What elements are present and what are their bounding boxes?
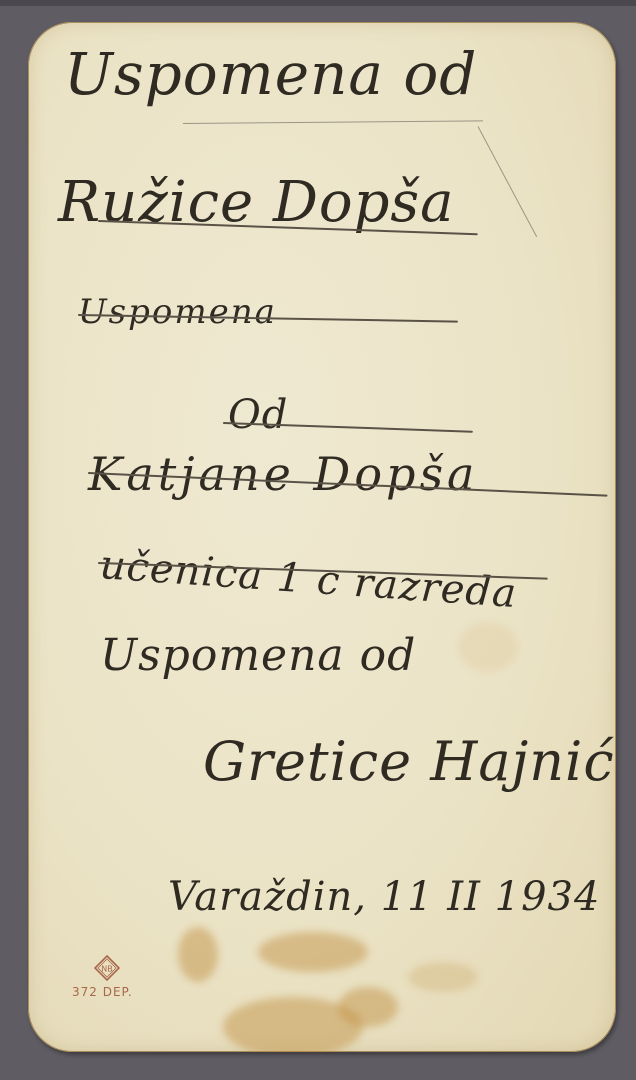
svg-text:NB: NB (101, 965, 112, 974)
printer-code: 372 DEP. (72, 985, 133, 999)
handwriting-line-uspomena-od: Uspomena od (64, 40, 477, 108)
handwriting-line-ucenica-razreda: učenica 1 c razreda (98, 542, 518, 617)
stain (258, 932, 368, 972)
nb-diamond-logo-icon: NB (94, 955, 120, 981)
handwriting-line-place-date: Varaždin, 11 II 1934 (168, 874, 600, 920)
pencil-diagonal (478, 126, 538, 237)
frame-top-edge (0, 0, 636, 6)
handwriting-line-od-struck: Od (228, 392, 288, 438)
keepsake-card: Uspomena od Ružice Dopša Uspomena Od Kat… (28, 22, 616, 1052)
stain (178, 927, 218, 982)
handwriting-line-gretice-hajnic: Gretice Hajnić (203, 730, 615, 793)
handwriting-line-uspomena-od-2: Uspomena od (100, 630, 416, 681)
handwriting-line-uspomena-struck: Uspomena (78, 292, 277, 332)
stain (408, 962, 478, 992)
pencil-underline (183, 120, 483, 124)
stain (338, 987, 398, 1027)
stain (458, 622, 518, 672)
